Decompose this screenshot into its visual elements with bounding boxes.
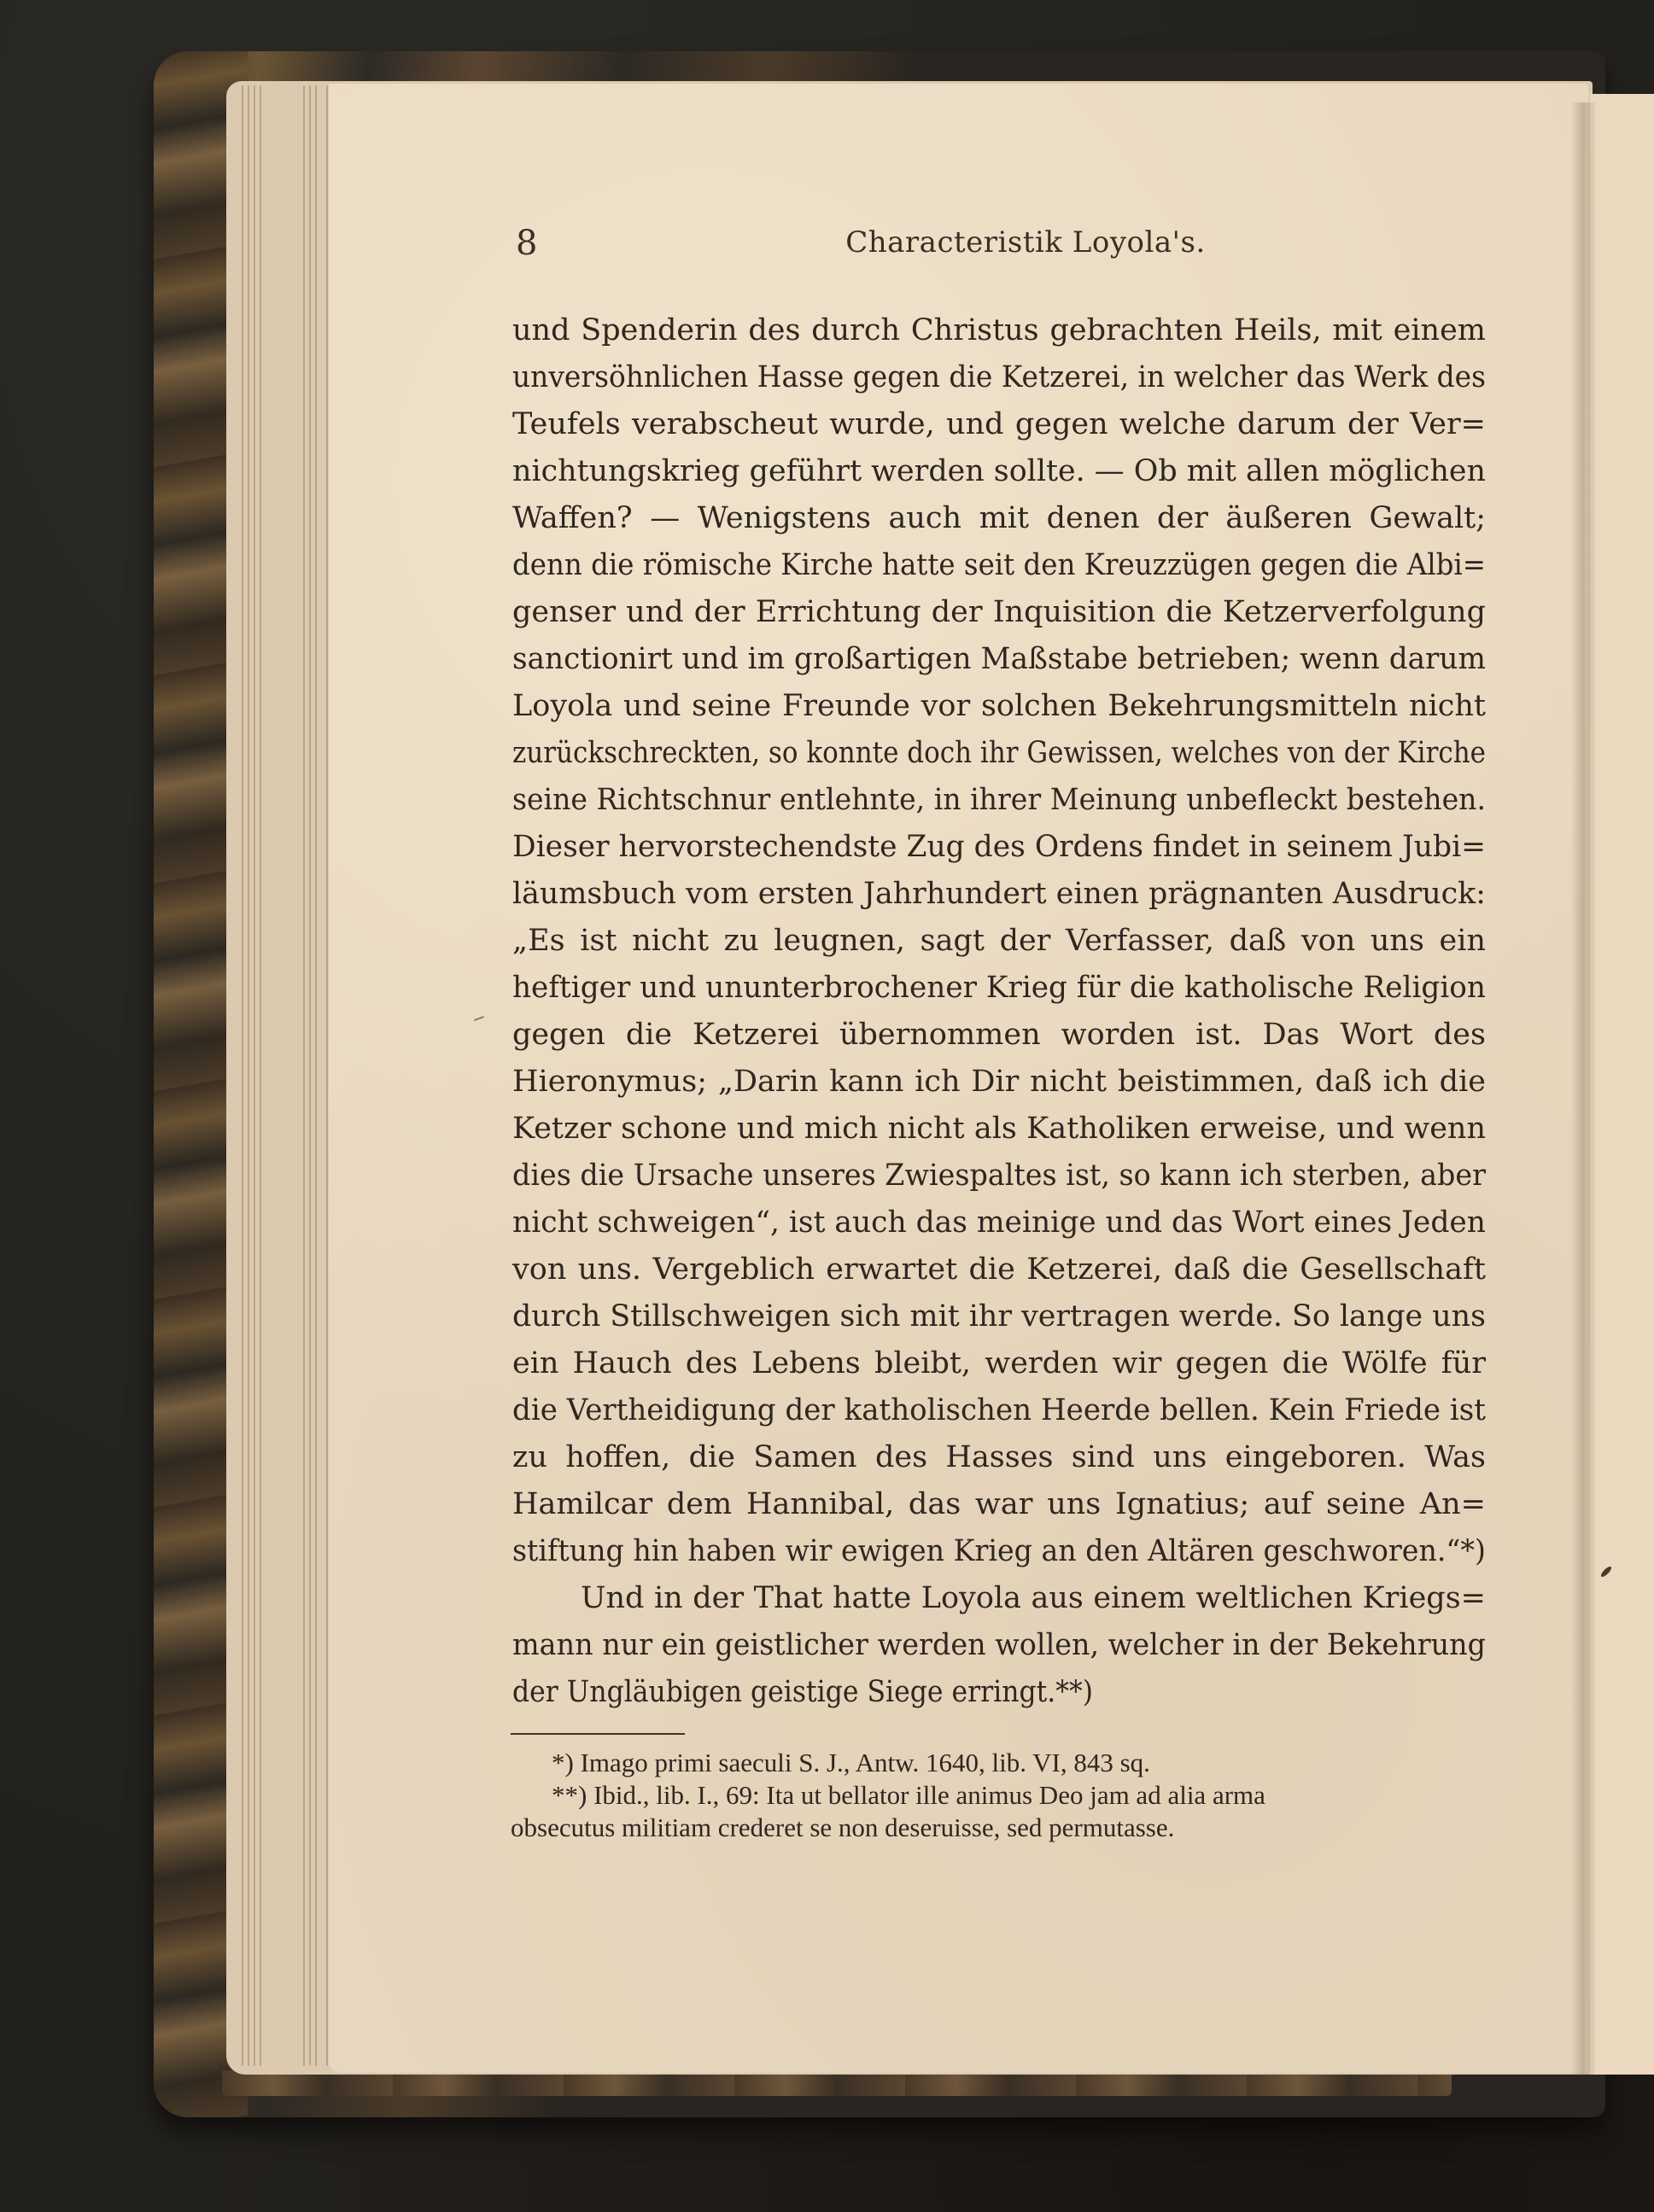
text-line: Waffen? — Wenigstens auch mit denen der …: [512, 495, 1486, 542]
footnote-2: **) Ibid., lib. I., 69: Ita ut bellator …: [511, 1779, 1484, 1812]
text-line: genser und der Errichtung der Inquisitio…: [512, 589, 1486, 636]
text-line: unversöhnlichen Hasse gegen die Ketzerei…: [512, 354, 1486, 401]
page-edge: [260, 85, 261, 2066]
page-edge: [315, 85, 317, 2066]
footnotes: *) Imago primi saeculi S. J., Antw. 1640…: [511, 1747, 1484, 1844]
page-edge: [248, 85, 249, 2066]
text-line: Ketzer schone und mich nicht als Katholi…: [512, 1106, 1486, 1153]
text-line: der Ungläubigen geistige Siege erringt.*…: [512, 1669, 1388, 1716]
text-line: heftiger und ununterbrochener Krieg für …: [512, 965, 1486, 1012]
text-line: Dieser hervorstechendste Zug des Ordens …: [512, 824, 1486, 871]
text-line: Loyola und seine Freunde vor solchen Bek…: [512, 683, 1486, 730]
text-line: ein Hauch des Lebens bleibt, werden wir …: [512, 1340, 1486, 1387]
text-line: „Es ist nicht zu leugnen, sagt der Verfa…: [512, 918, 1486, 965]
text-line: und Spenderin des durch Christus gebrach…: [512, 307, 1486, 354]
footnote-1: *) Imago primi saeculi S. J., Antw. 1640…: [511, 1747, 1484, 1779]
text-line: nicht schweigen“, ist auch das meinige u…: [512, 1199, 1486, 1246]
page-edge: [254, 85, 255, 2066]
text-line: zu hoffen, die Samen des Hasses sind uns…: [512, 1434, 1486, 1481]
text-line: nichtungskrieg geführt werden sollte. — …: [512, 448, 1486, 495]
text-line: die Vertheidigung der katholischen Heerd…: [512, 1387, 1486, 1434]
page-header: 8 Characteristik Loyola's.: [509, 224, 1482, 266]
text-line: durch Stillschweigen sich mit ihr vertra…: [512, 1293, 1486, 1340]
text-line: dies die Ursache unseres Zwiespaltes ist…: [512, 1153, 1486, 1199]
text-line: Hamilcar dem Hannibal, das war uns Ignat…: [512, 1481, 1486, 1528]
text-line: denn die römische Kirche hatte seit den …: [512, 542, 1486, 589]
text-line: läumsbuch vom ersten Jahrhundert einen p…: [512, 871, 1486, 918]
page-edge: [242, 85, 243, 2066]
text-line: seine Richtschnur entlehnte, in ihrer Me…: [512, 777, 1486, 824]
text-line: von uns. Vergeblich erwartet die Ketzere…: [512, 1246, 1486, 1293]
text-line: stiftung hin haben wir ewigen Krieg an d…: [512, 1528, 1486, 1575]
gutter-shadow: [1571, 102, 1595, 2075]
running-head: Characteristik Loyola's.: [509, 225, 1482, 260]
text-line: Hieronymus; „Darin kann ich Dir nicht be…: [512, 1059, 1486, 1106]
page-edge: [303, 85, 305, 2066]
text-line: sanctionirt und im großartigen Maßstabe …: [512, 636, 1486, 683]
footnote-separator: [511, 1733, 685, 1735]
footnote-2-continuation: obsecutus militiam crederet se non deser…: [511, 1812, 1484, 1844]
page-edge: [326, 85, 328, 2066]
body-text: und Spenderin des durch Christus gebrach…: [512, 307, 1486, 1716]
page-edge: [309, 85, 311, 2066]
paragraph-start-line: Und in der That hatte Loyola aus einem w…: [512, 1575, 1486, 1622]
facing-page-sliver: [1590, 94, 1654, 2075]
text-line: Teufels verabscheut wurde, und gegen wel…: [512, 401, 1486, 448]
text-line: zurückschreckten, so konnte doch ihr Gew…: [512, 730, 1486, 777]
text-line: mann nur ein geistlicher werden wollen, …: [512, 1622, 1486, 1669]
text-line: gegen die Ketzerei übernommen worden ist…: [512, 1012, 1486, 1059]
